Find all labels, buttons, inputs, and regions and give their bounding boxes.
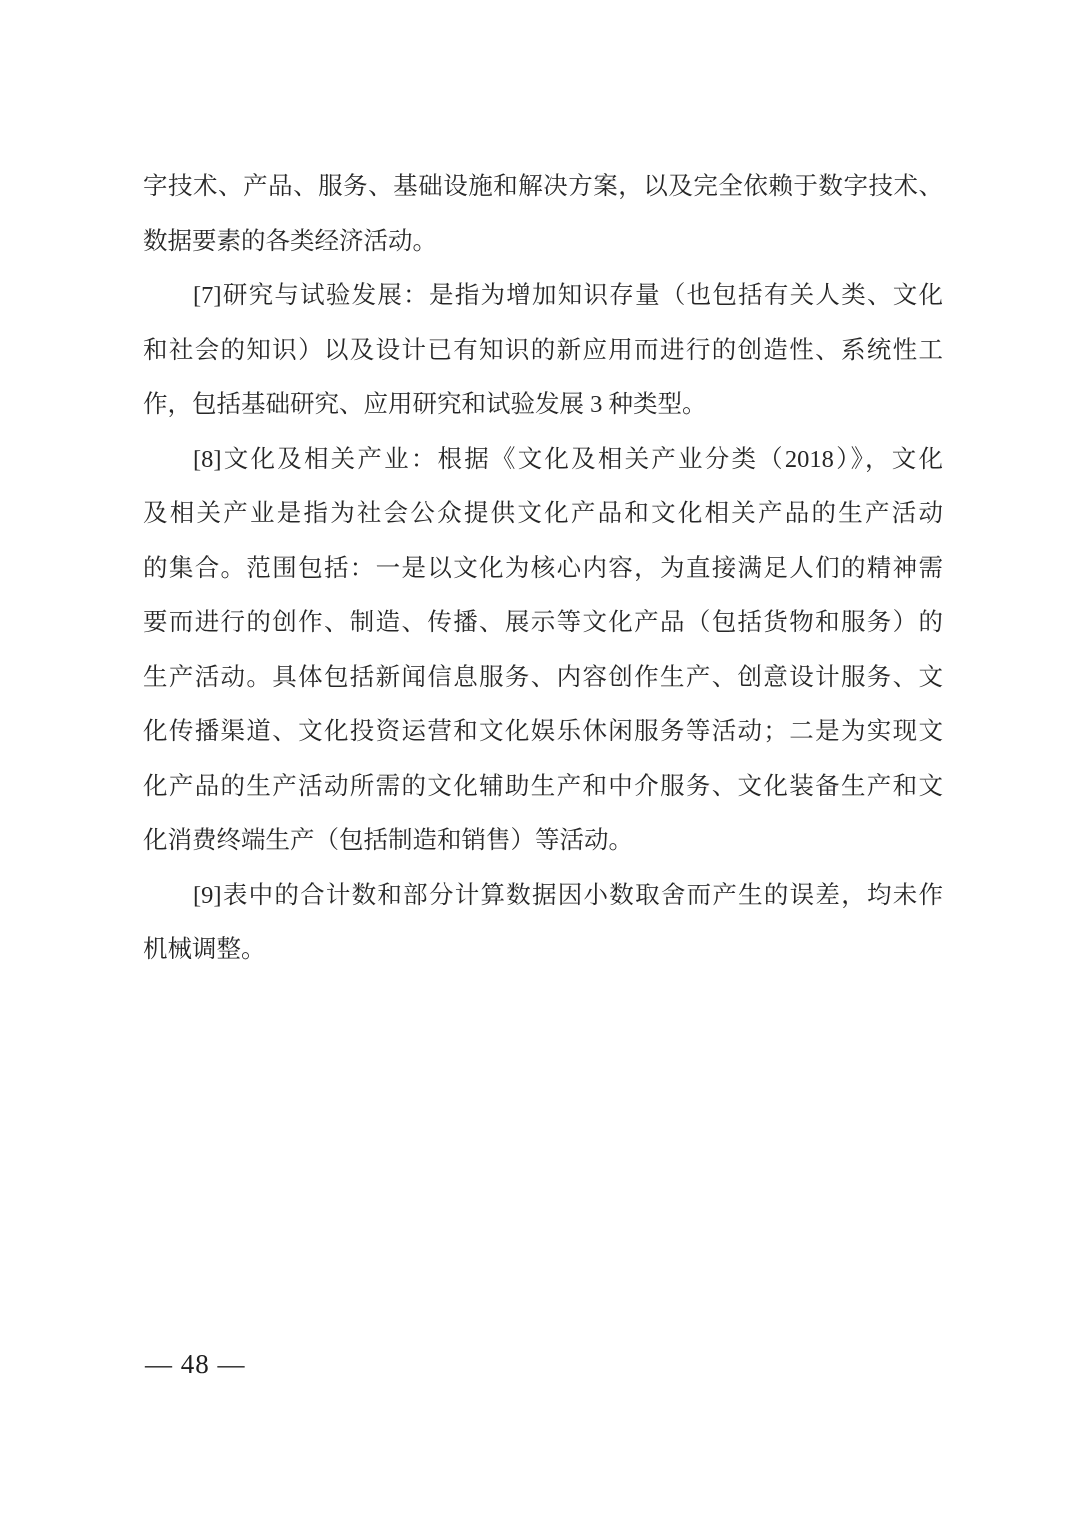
document-page: 字技术、产品、服务、基础设施和解决方案，以及完全依赖于数字技术、 数据要素的各类… [0, 0, 1074, 1520]
text-line: 的集合。范围包括：一是以文化为核心内容，为直接满足人们的精神需 [143, 542, 943, 597]
text-line: 和社会的知识）以及设计已有知识的新应用而进行的创造性、系统性工 [143, 324, 943, 379]
text-line: 数据要素的各类经济活动。 [143, 215, 943, 270]
text-line: 字技术、产品、服务、基础设施和解决方案，以及完全依赖于数字技术、 [143, 160, 943, 215]
page-number: — 48 — [145, 1349, 246, 1380]
page-footer: — 48 — [145, 1340, 246, 1388]
text-line: 作，包括基础研究、应用研究和试验发展 3 种类型。 [143, 378, 943, 433]
paragraph-note-7: [7]研究与试验发展：是指为增加知识存量（也包括有关人类、文化 和社会的知识）以… [143, 269, 943, 433]
text-line: 化消费终端生产（包括制造和销售）等活动。 [143, 814, 943, 869]
text-line: 化产品的生产活动所需的文化辅助生产和中介服务、文化装备生产和文 [143, 760, 943, 815]
paragraph-note-9: [9]表中的合计数和部分计算数据因小数取舍而产生的误差，均未作 机械调整。 [143, 869, 943, 978]
text-line: [9]表中的合计数和部分计算数据因小数取舍而产生的误差，均未作 [143, 869, 943, 924]
text-line: 及相关产业是指为社会公众提供文化产品和文化相关产品的生产活动 [143, 487, 943, 542]
text-line: 生产活动。具体包括新闻信息服务、内容创作生产、创意设计服务、文 [143, 651, 943, 706]
text-line: 机械调整。 [143, 923, 943, 978]
paragraph-continued: 字技术、产品、服务、基础设施和解决方案，以及完全依赖于数字技术、 数据要素的各类… [143, 160, 943, 269]
text-line: 化传播渠道、文化投资运营和文化娱乐休闲服务等活动；二是为实现文 [143, 705, 943, 760]
text-line: 要而进行的创作、制造、传播、展示等文化产品（包括货物和服务）的 [143, 596, 943, 651]
paragraph-note-8: [8]文化及相关产业：根据《文化及相关产业分类（2018）》，文化 及相关产业是… [143, 433, 943, 869]
notes-text-block: 字技术、产品、服务、基础设施和解决方案，以及完全依赖于数字技术、 数据要素的各类… [143, 160, 943, 978]
text-line: [7]研究与试验发展：是指为增加知识存量（也包括有关人类、文化 [143, 269, 943, 324]
text-line: [8]文化及相关产业：根据《文化及相关产业分类（2018）》，文化 [143, 433, 943, 488]
